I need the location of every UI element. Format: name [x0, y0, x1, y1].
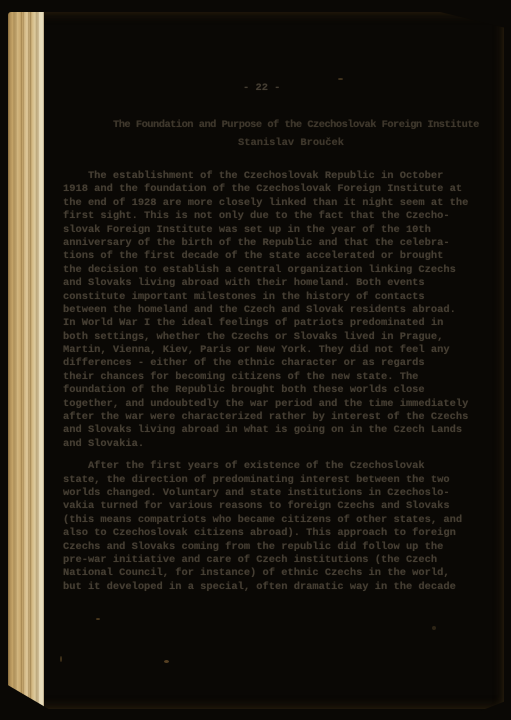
text-line: together, and undoubtedly the war period… [63, 398, 483, 411]
text-line: Czechs and Slovaks coming from the repub… [63, 541, 483, 554]
text-line: both settings, whether the Czechs or Slo… [63, 331, 483, 344]
paper-speck [164, 660, 169, 663]
photo-corner-bottom-right [480, 701, 506, 711]
photo-corner-bottom-left [6, 684, 52, 711]
text-line: tions of the first decade of the state a… [63, 250, 483, 263]
document-title: The Foundation and Purpose of the Czecho… [113, 119, 479, 132]
text-line: and Slovaks living abroad in what is goi… [63, 424, 483, 437]
text-line: but it developed in a special, often dra… [63, 581, 483, 594]
text-line: and Slovaks living abroad with their hom… [63, 277, 483, 290]
paragraph-1: The establishment of the Czechoslovak Re… [63, 170, 483, 451]
text-line: worlds changed. Voluntary and state inst… [63, 487, 483, 500]
paragraph-2: After the first years of existence of th… [63, 460, 483, 594]
photo-background: - 22 - The Foundation and Purpose of the… [0, 0, 511, 720]
text-line: 1918 and the foundation of the Czechoslo… [63, 183, 483, 196]
paper-speck [96, 618, 100, 620]
paper-speck [338, 78, 343, 80]
paper-speck [432, 626, 436, 630]
text-line: the end of 1928 are more closely linked … [63, 197, 483, 210]
text-line: (this means compatriots who became citiz… [63, 514, 483, 527]
text-line: foundation of the Republic brought both … [63, 384, 483, 397]
text-line: slovak Foreign Institute was set up in t… [63, 224, 483, 237]
text-line: The establishment of the Czechoslovak Re… [63, 170, 483, 183]
text-line: their chances for becoming citizens of t… [63, 371, 483, 384]
text-line: anniversary of the birth of the Republic… [63, 237, 483, 250]
document-author: Stanislav Brouček [238, 137, 344, 150]
text-line: first sight. This is not only due to the… [63, 210, 483, 223]
text-line: the decision to establish a central orga… [63, 264, 483, 277]
text-line: After the first years of existence of th… [63, 460, 483, 473]
text-line: differences - either of the ethnic chara… [63, 357, 483, 370]
page-number: - 22 - [243, 82, 280, 95]
photo-corner-top-right [432, 10, 506, 28]
page-stack-edge [8, 12, 44, 709]
text-line: constitute important milestones in the h… [63, 291, 483, 304]
text-line: National Council, for instance) of ethni… [63, 567, 483, 580]
paper-speck [60, 656, 62, 662]
text-line: vakia turned for various reasons to fore… [63, 500, 483, 513]
text-line: between the homeland and the Czech and S… [63, 304, 483, 317]
text-line: also to Czechoslovak citizens abroad). T… [63, 527, 483, 540]
text-line: state, the direction of predominating in… [63, 474, 483, 487]
body-text: The establishment of the Czechoslovak Re… [63, 170, 483, 594]
text-line: and Slovakia. [63, 438, 483, 451]
text-line: after the war were characterized rather … [63, 411, 483, 424]
text-line: Martin, Vienna, Kiev, Paris or New York.… [63, 344, 483, 357]
text-line: pre-war initiative and care of Czech ins… [63, 554, 483, 567]
text-line: In World War I the ideal feelings of pat… [63, 317, 483, 330]
document-page: - 22 - The Foundation and Purpose of the… [8, 12, 504, 709]
